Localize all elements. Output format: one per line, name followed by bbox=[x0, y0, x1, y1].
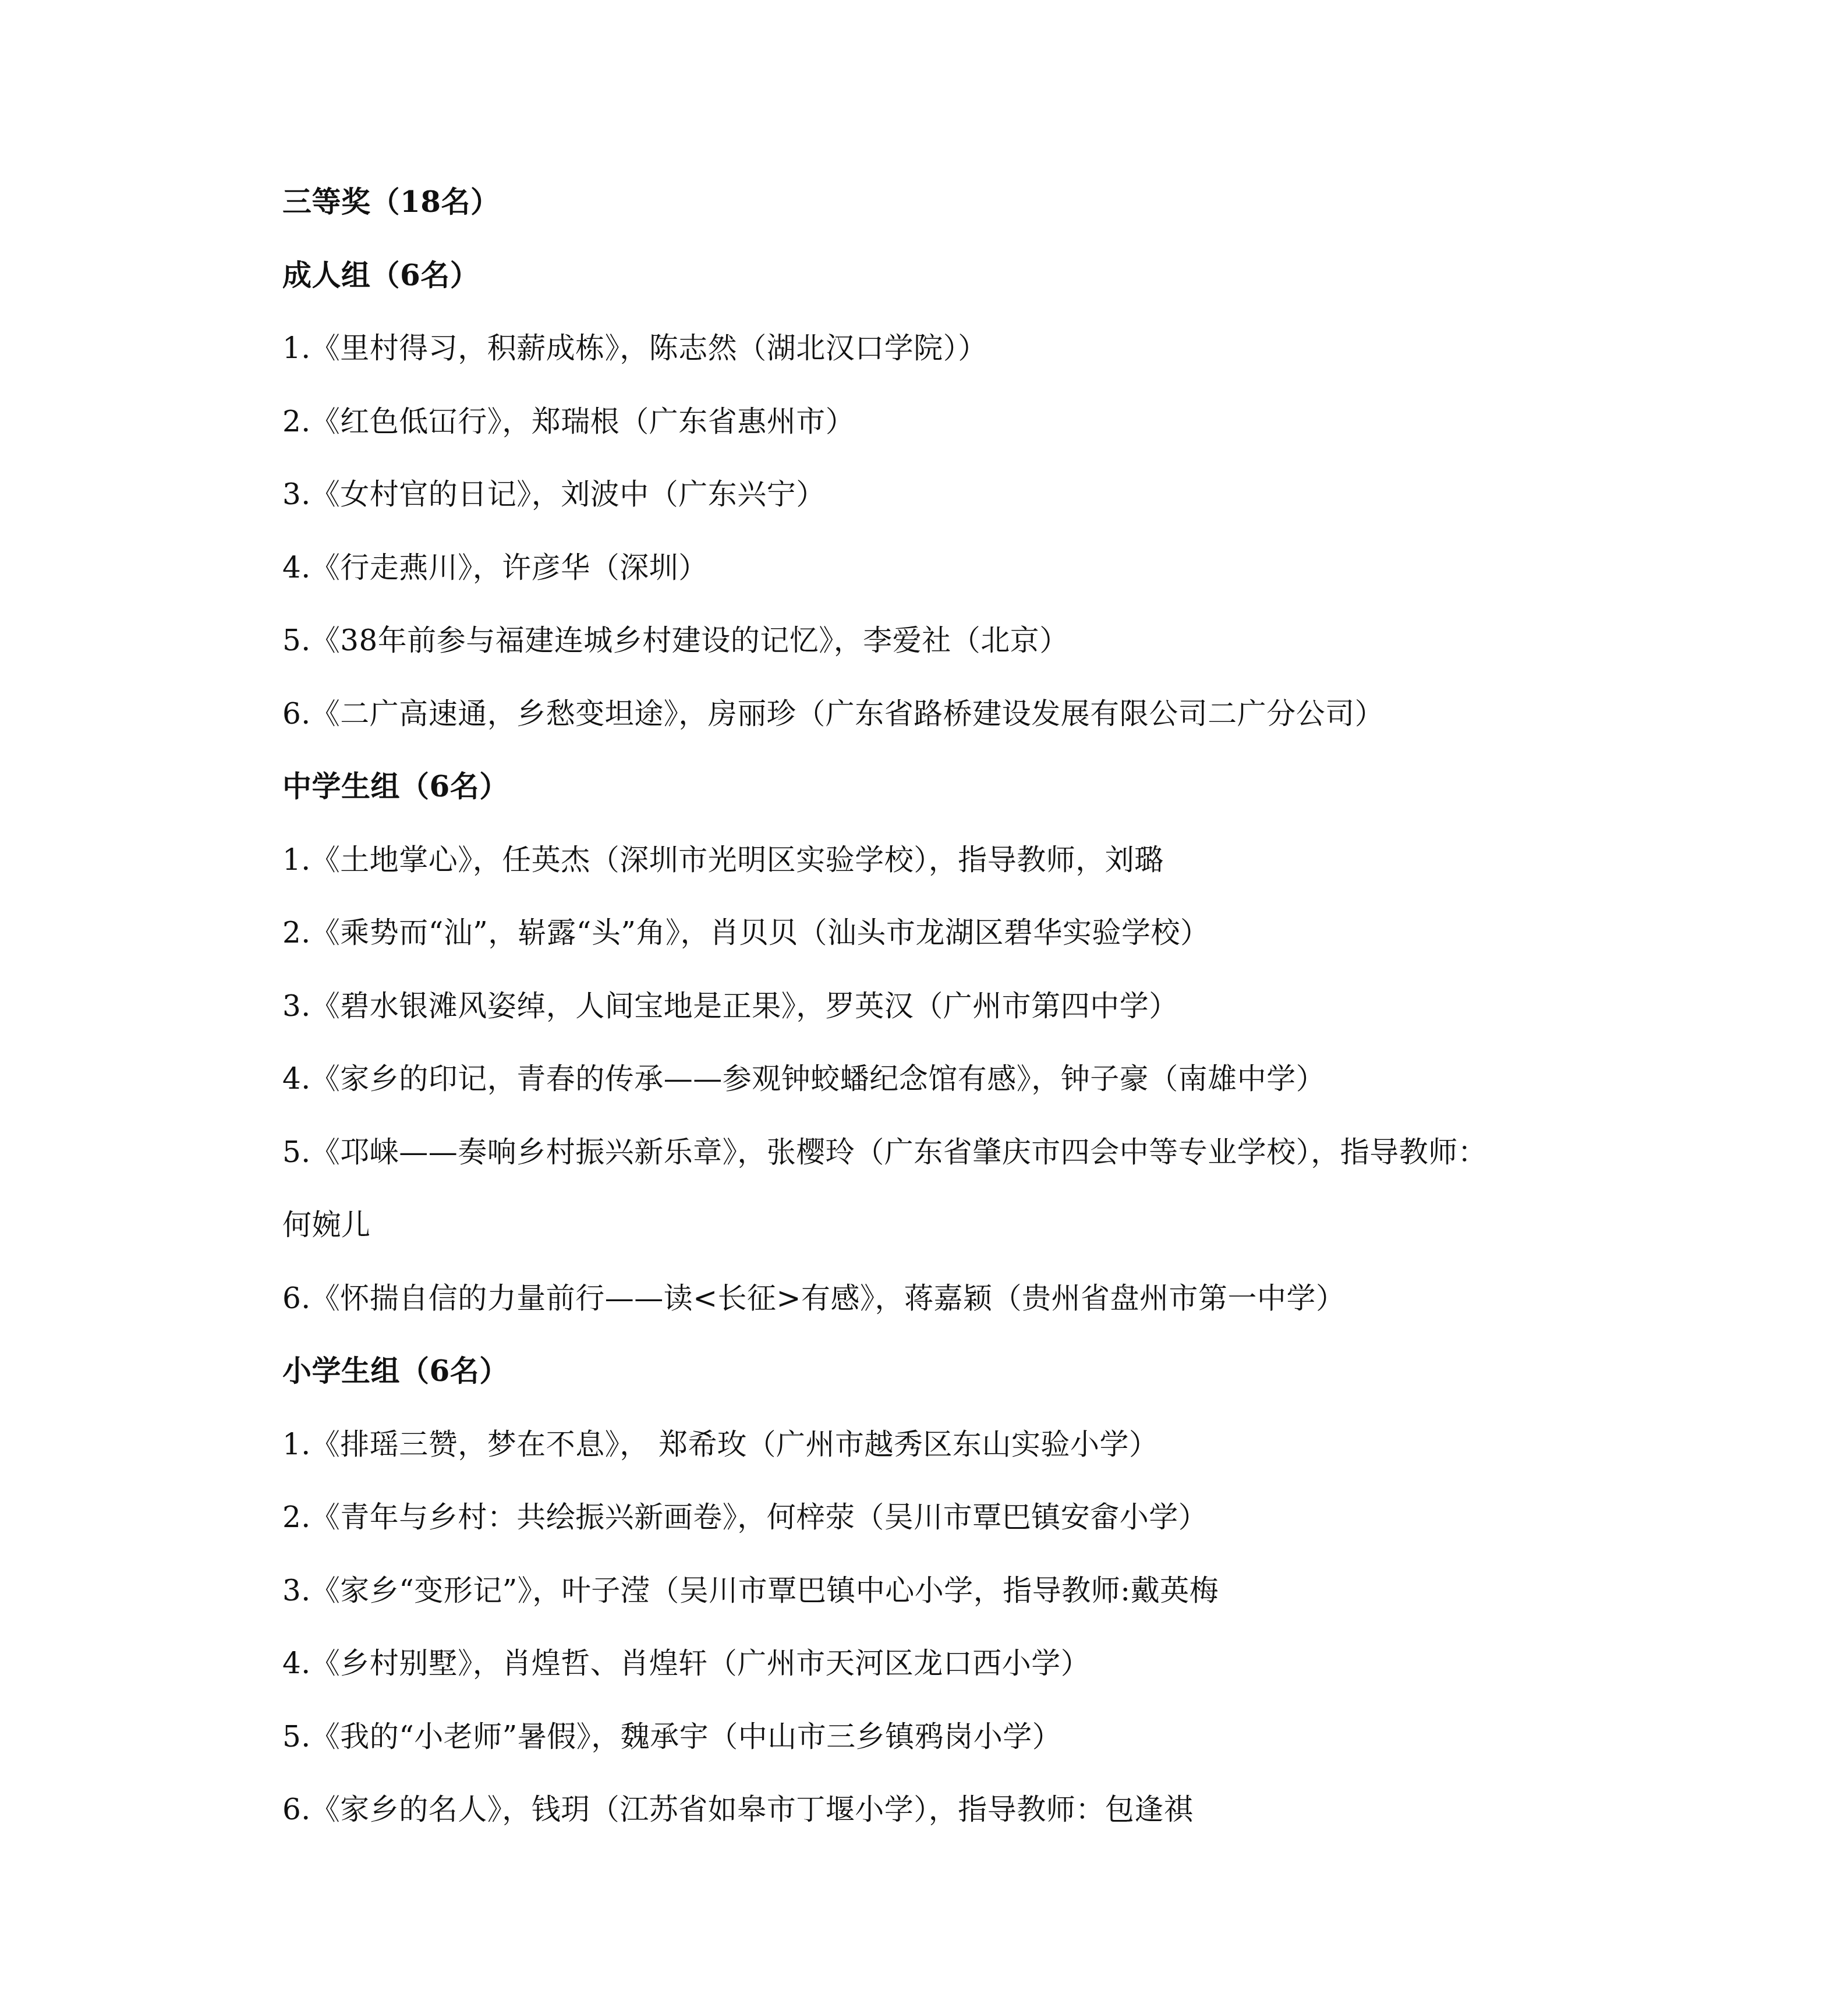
list-item: 2.《乘势而“汕”，崭露“头”角》，肖贝贝（汕头市龙湖区碧华实验学校） bbox=[282, 912, 1587, 986]
document-page: 三等奖（18名） 成人组（6名） 1.《里村得习，积薪成栋》，陈志然（湖北汉口学… bbox=[282, 182, 1587, 1862]
group-heading-primary-school: 小学生组（6名） bbox=[282, 1351, 1587, 1424]
list-item: 1.《里村得习，积薪成栋》，陈志然（湖北汉口学院）） bbox=[282, 328, 1587, 401]
list-item: 1.《排瑶三赞，梦在不息》， 郑希玫（广州市越秀区东山实验小学） bbox=[282, 1424, 1587, 1497]
list-item: 3.《碧水银滩风姿绰，人间宝地是正果》，罗英汉（广州市第四中学） bbox=[282, 986, 1587, 1059]
list-item: 5.《我的“小老师”暑假》，魏承宇（中山市三乡镇鸦岗小学） bbox=[282, 1716, 1587, 1790]
list-item: 4.《家乡的印记，青春的传承——参观钟蛟蟠纪念馆有感》，钟子豪（南雄中学） bbox=[282, 1058, 1587, 1132]
list-item: 4.《行走燕川》，许彦华（深圳） bbox=[282, 547, 1587, 621]
list-item: 3.《家乡“变形记”》，叶子滢（吴川市覃巴镇中心小学，指导教师:戴英梅 bbox=[282, 1570, 1587, 1644]
group-heading-adult: 成人组（6名） bbox=[282, 255, 1587, 328]
group-heading-middle-school: 中学生组（6名） bbox=[282, 766, 1587, 840]
list-item: 6.《怀揣自信的力量前行——读<长征>有感》，蒋嘉颖（贵州省盘州市第一中学） bbox=[282, 1278, 1587, 1351]
list-item: 2.《红色低冚行》，郑瑞根（广东省惠州市） bbox=[282, 401, 1587, 474]
list-item: 4.《乡村别墅》，肖煌哲、肖煌轩（广州市天河区龙口西小学） bbox=[282, 1643, 1587, 1716]
list-item: 3.《女村官的日记》，刘波中（广东兴宁） bbox=[282, 474, 1587, 547]
list-item: 6.《家乡的名人》，钱玥（江苏省如皋市丁堰小学），指导教师：包逢祺 bbox=[282, 1789, 1587, 1862]
list-item: 6.《二广高速通，乡愁变坦途》，房丽珍（广东省路桥建设发展有限公司二广分公司） bbox=[282, 693, 1587, 767]
list-item: 1.《土地掌心》，任英杰（深圳市光明区实验学校），指导教师，刘璐 bbox=[282, 840, 1587, 913]
list-item-continuation: 何婉儿 bbox=[282, 1205, 1587, 1278]
list-item: 5.《38年前参与福建连城乡村建设的记忆》，李爱社（北京） bbox=[282, 620, 1587, 693]
list-item: 5.《邛崃——奏响乡村振兴新乐章》，张樱玲（广东省肇庆市四会中等专业学校），指导… bbox=[282, 1132, 1587, 1205]
list-item: 2.《青年与乡村：共绘振兴新画卷》，何梓荥（吴川市覃巴镇安畲小学） bbox=[282, 1497, 1587, 1570]
award-title: 三等奖（18名） bbox=[282, 182, 1587, 255]
